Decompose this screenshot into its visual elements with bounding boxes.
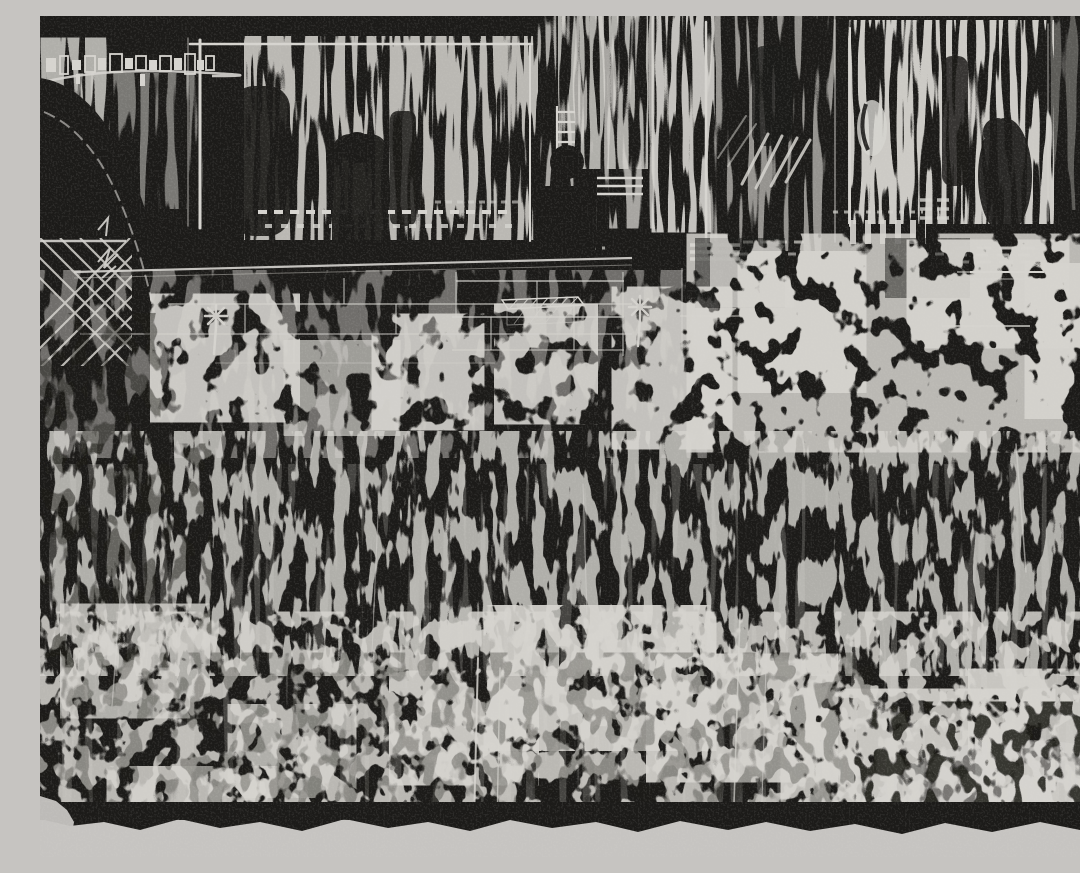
woodcut-print: woodcut relief print, black ink on grey … [40, 16, 1080, 857]
print-canvas [40, 16, 1080, 857]
paper-grain [40, 16, 1080, 857]
